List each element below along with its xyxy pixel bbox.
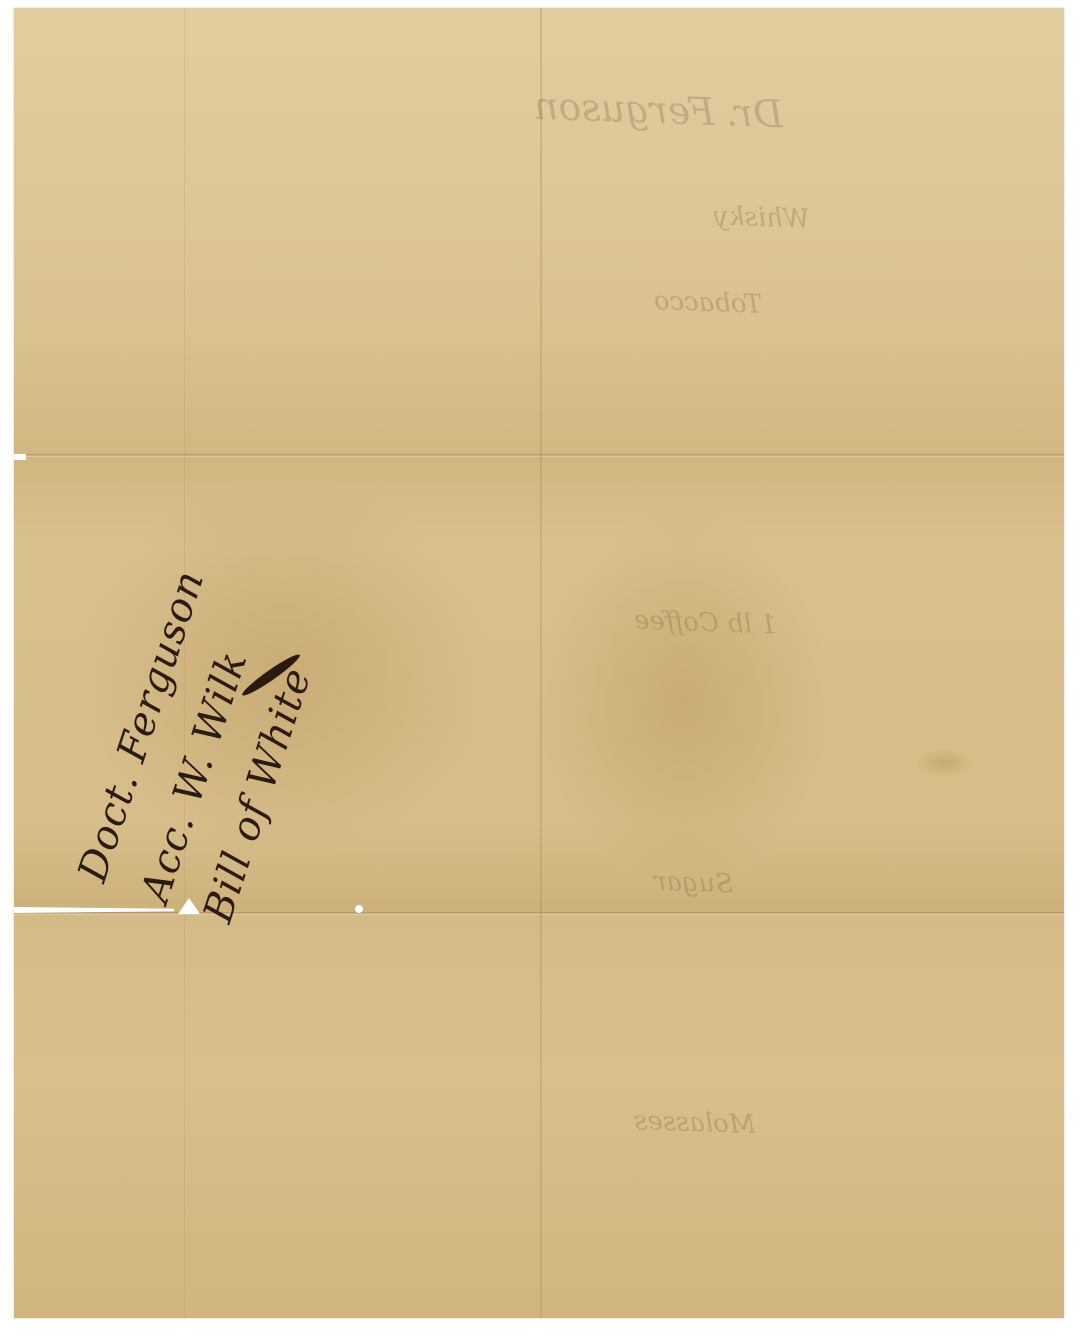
fold-line-upper [14,454,1064,457]
edge-notch [14,454,26,460]
bottom-panel [14,914,1064,1318]
bleed-through-heading: Dr. Ferguson [533,84,784,137]
stain-center [534,508,834,888]
bleed-through-line: Sugar [654,867,734,900]
bleed-through-line: Whisky [714,201,811,234]
bleed-through-line: 1 lb Coffee [634,606,778,641]
bleed-through-line: Molasses [634,1106,756,1140]
bleed-through-line: Tobacco [654,286,763,320]
top-panel [14,8,1064,456]
fold-line-lower [14,912,1064,915]
tear-small [355,905,363,913]
stain-spot [914,748,974,778]
